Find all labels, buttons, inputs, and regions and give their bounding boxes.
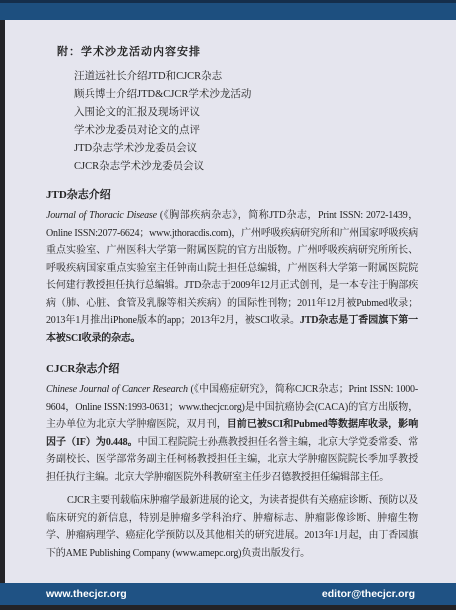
top-banner-bar — [0, 0, 456, 20]
document-page: 附：学术沙龙活动内容安排 汪道远社长介绍JTD和CJCR杂志 顾兵博士介绍JTD… — [0, 0, 456, 610]
cjcr-scope-paragraph: CJCR主要刊载临床肿瘤学最新进展的论文，为读者提供有关癌症诊断、预防以及临床研… — [46, 492, 418, 562]
footer-email: editor@thecjcr.org — [322, 588, 415, 600]
cjcr-intro-paragraph: Chinese Journal of Cancer Research (《中国癌… — [46, 381, 418, 486]
jtd-intro-text: (《胸部疾病杂志》，简称JTD杂志，Print ISSN: 2072-1439，… — [46, 210, 418, 326]
jtd-journal-name: Journal of Thoracic Disease — [46, 210, 157, 221]
footer-bar: www.thecjcr.org editor@thecjcr.org — [0, 583, 456, 605]
jtd-section-heading: JTD杂志介绍 — [46, 188, 418, 202]
agenda-item: JTD杂志学术沙龙委员会议 — [74, 140, 418, 158]
agenda-item: 入围论文的汇报及现场评议 — [74, 104, 418, 122]
document-content: 附：学术沙龙活动内容安排 汪道远社长介绍JTD和CJCR杂志 顾兵博士介绍JTD… — [5, 20, 456, 583]
cjcr-section-heading: CJCR杂志介绍 — [46, 362, 418, 376]
agenda-list: 汪道远社长介绍JTD和CJCR杂志 顾兵博士介绍JTD&CJCR学术沙龙活动 入… — [74, 68, 418, 176]
page-title: 附：学术沙龙活动内容安排 — [57, 45, 418, 59]
agenda-item: 汪道远社长介绍JTD和CJCR杂志 — [74, 68, 418, 86]
agenda-item: CJCR杂志学术沙龙委员会议 — [74, 158, 418, 176]
cjcr-journal-name: Chinese Journal of Cancer Research — [46, 384, 188, 395]
agenda-item: 学术沙龙委员对论文的点评 — [74, 122, 418, 140]
footer-website: www.thecjcr.org — [46, 588, 127, 600]
agenda-item: 顾兵博士介绍JTD&CJCR学术沙龙活动 — [74, 86, 418, 104]
jtd-intro-paragraph: Journal of Thoracic Disease (《胸部疾病杂志》，简称… — [46, 207, 418, 347]
